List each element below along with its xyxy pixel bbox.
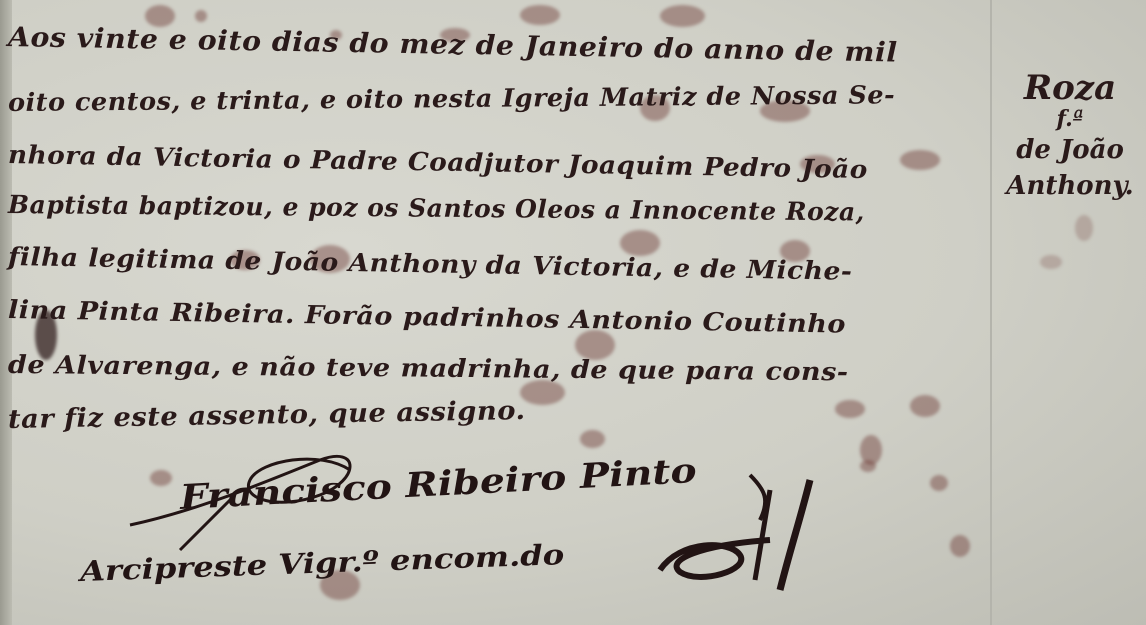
ink-stain bbox=[195, 10, 207, 22]
record-line-3: nhora da Victoria o Padre Coadjutor Joaq… bbox=[8, 140, 868, 184]
ink-stain bbox=[900, 150, 940, 170]
ink-stain bbox=[835, 400, 865, 418]
ink-stain bbox=[1075, 215, 1093, 241]
ink-stain bbox=[660, 5, 705, 27]
margin-note-line: de João bbox=[995, 132, 1145, 168]
ink-stain bbox=[910, 395, 940, 417]
ink-stain bbox=[950, 535, 970, 557]
margin-note-line: Anthony. bbox=[995, 168, 1145, 204]
record-line-5: filha legitima de João Anthony da Victor… bbox=[8, 242, 853, 286]
margin-note-line: f.ª bbox=[995, 106, 1145, 132]
ink-stain bbox=[1040, 255, 1062, 269]
ink-stain bbox=[930, 475, 948, 491]
record-line-1: Aos vinte e oito dias do mez de Janeiro … bbox=[8, 22, 898, 69]
ink-stain bbox=[580, 430, 605, 448]
margin-note: Roza f.ª de João Anthony. bbox=[995, 70, 1145, 204]
margin-rule bbox=[990, 0, 992, 625]
record-line-6: lina Pinta Ribeira. Forão padrinhos Anto… bbox=[8, 295, 847, 339]
record-line-7: de Alvarenga, e não teve madrinha, de qu… bbox=[8, 350, 849, 386]
record-line-8: tar fiz este assento, que assigno. bbox=[8, 396, 526, 435]
margin-note-line: Roza bbox=[995, 70, 1145, 106]
ink-stain bbox=[860, 460, 876, 472]
ink-stain bbox=[520, 5, 560, 25]
manuscript-page: Aos vinte e oito dias do mez de Janeiro … bbox=[0, 0, 1146, 625]
record-line-4: Baptista baptizou, e poz os Santos Oleos… bbox=[8, 190, 865, 226]
